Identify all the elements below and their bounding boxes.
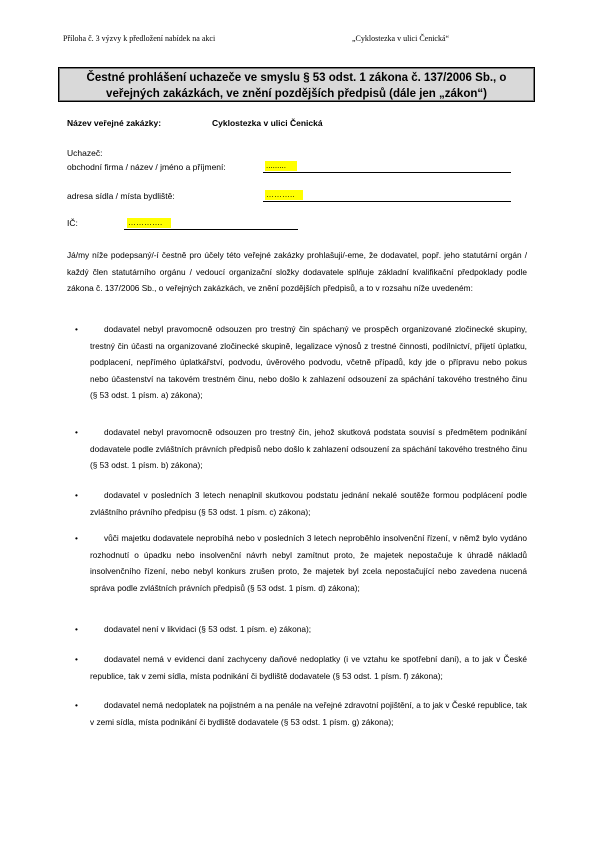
list-item-text: dodavatel není v likvidaci (§ 53 odst. 1… — [90, 621, 527, 638]
bullet-icon: • — [75, 697, 78, 714]
list-item-text: dodavatel v posledních 3 letech nenaplni… — [90, 487, 527, 520]
ic-value[interactable]: …………. — [127, 218, 171, 228]
list-item-text: vůči majetku dodavatele neprobíhá nebo v… — [90, 530, 527, 596]
list-item-text: dodavatel nemá v evidenci daní zachyceny… — [90, 651, 527, 684]
list-item: • dodavatel nemá nedoplatek na pojistném… — [67, 697, 527, 730]
list-item: • vůči majetku dodavatele neprobíhá nebo… — [67, 530, 527, 596]
header-project-name: „Cyklostezka v ulici Čenická“ — [352, 34, 449, 43]
list-item: • dodavatel v posledních 3 letech nenapl… — [67, 487, 527, 520]
bullet-icon: • — [75, 321, 78, 338]
bidder-address-value[interactable]: ……….. — [265, 190, 303, 200]
list-item-text: dodavatel nemá nedoplatek na pojistném a… — [90, 697, 527, 730]
list-item-text: dodavatel nebyl pravomocně odsouzen pro … — [90, 321, 527, 404]
page-header: Příloha č. 3 výzvy k předložení nabídek … — [63, 34, 543, 46]
title-line-2: veřejných zakázkách, ve znění pozdějších… — [59, 86, 534, 102]
bullet-icon: • — [75, 487, 78, 504]
bidder-heading: Uchazeč: — [67, 148, 102, 158]
bullet-icon: • — [75, 424, 78, 441]
bidder-name-value[interactable]: ......... — [265, 161, 297, 171]
bidder-name-field[interactable] — [263, 161, 511, 173]
bullet-icon: • — [75, 621, 78, 638]
list-item-text: dodavatel nebyl pravomocně odsouzen pro … — [90, 424, 527, 474]
contract-name-value: Cyklostezka v ulici Čenická — [212, 118, 323, 128]
contract-name-label: Název veřejné zakázky: — [67, 118, 161, 128]
list-item: • dodavatel nebyl pravomocně odsouzen pr… — [67, 424, 527, 474]
document-title: Čestné prohlášení uchazeče ve smyslu § 5… — [58, 67, 535, 102]
list-item: • dodavatel není v likvidaci (§ 53 odst.… — [67, 621, 527, 638]
list-item: • dodavatel nemá v evidenci daní zachyce… — [67, 651, 527, 684]
declaration-intro: Já/my níže podepsaný/-í čestně pro účely… — [67, 247, 527, 297]
bidder-address-label: adresa sídla / místa bydliště: — [67, 191, 175, 201]
bullet-icon: • — [75, 530, 78, 547]
title-line-1: Čestné prohlášení uchazeče ve smyslu § 5… — [59, 70, 534, 86]
bullet-icon: • — [75, 651, 78, 668]
ic-label: IČ: — [67, 218, 78, 228]
header-attachment-label: Příloha č. 3 výzvy k předložení nabídek … — [63, 34, 215, 43]
bidder-name-label: obchodní firma / název / jméno a příjmen… — [67, 162, 226, 172]
list-item: • dodavatel nebyl pravomocně odsouzen pr… — [67, 321, 527, 404]
